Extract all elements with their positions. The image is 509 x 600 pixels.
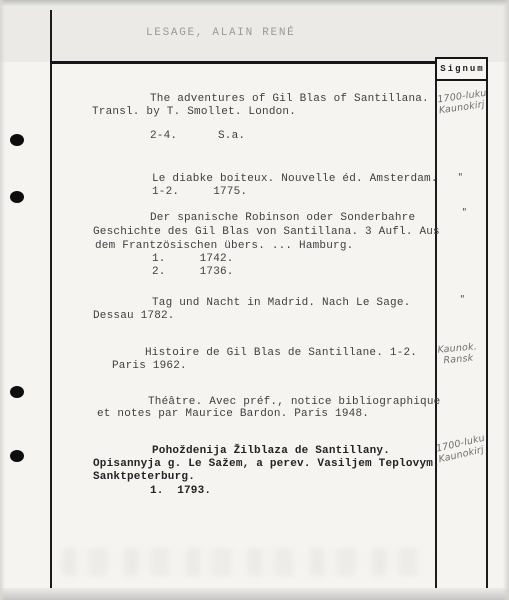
entry-volume-line: 2. 1736. xyxy=(152,266,234,279)
scan-edge-top xyxy=(0,0,509,6)
scan-edge-left xyxy=(0,0,5,600)
paper-main-area xyxy=(0,62,509,588)
entry-title-line: Pohoždenija Žilblaza de Santillany. xyxy=(152,445,390,458)
catalog-card-scan: LESAGE, ALAIN RENÉ Signum The adventures… xyxy=(0,0,509,600)
entry-title-line: Der spanische Robinson oder Sonderbahre xyxy=(150,212,415,225)
entry-continuation-line: Opisannyja g. Le Sažem, a perev. Vasilje… xyxy=(93,458,440,471)
signum-header-label: Signum xyxy=(438,64,484,74)
signum-ditto-mark: " xyxy=(458,172,463,183)
entry-continuation-line: Transl. by T. Smollet. London. xyxy=(92,106,296,119)
signum-ditto-mark: " xyxy=(460,294,465,305)
entry-continuation-line: et notes par Maurice Bardon. Paris 1948. xyxy=(97,408,369,421)
left-margin-rule xyxy=(50,10,52,600)
entry-title-line: Le diabke boiteux. Nouvelle éd. Amsterda… xyxy=(152,173,438,186)
signum-header-box: Signum xyxy=(435,57,488,81)
scan-edge-bottom xyxy=(0,588,509,600)
signum-column-right-border xyxy=(486,57,488,600)
entry-continuation-line: dem Frantzösischen übers. ... Hamburg. xyxy=(95,240,353,253)
entry-title-line: Tag und Nacht in Madrid. Nach Le Sage. xyxy=(152,297,410,310)
signum-column-left-border xyxy=(435,57,437,600)
punch-hole xyxy=(10,450,24,462)
entry-continuation-line: Dessau 1782. xyxy=(93,310,175,323)
signum-ditto-mark: " xyxy=(462,207,467,218)
entry-volume-line: 1. 1742. xyxy=(152,253,234,266)
bleed-through-smudge xyxy=(62,548,434,576)
entry-volume-line: 1-2. 1775. xyxy=(152,186,247,199)
entry-volume-line: 2-4. S.a. xyxy=(150,130,245,143)
punch-hole xyxy=(10,134,24,146)
punch-hole xyxy=(10,386,24,398)
entry-continuation-line: Geschichte des Gil Blas von Santillana. … xyxy=(93,226,440,239)
top-horizontal-rule xyxy=(50,61,488,64)
entry-title-line: Histoire de Gil Blas de Santillane. 1-2. xyxy=(145,347,417,360)
author-heading: LESAGE, ALAIN RENÉ xyxy=(146,27,295,39)
scan-edge-right xyxy=(503,0,509,600)
entry-volume-line: 1. 1793. xyxy=(150,485,211,498)
entry-title-line: The adventures of Gil Blas of Santillana… xyxy=(150,93,429,106)
punch-hole xyxy=(10,191,24,203)
entry-continuation-line: Paris 1962. xyxy=(112,360,187,373)
signum-handwritten-note: Kaunok. Ransk xyxy=(437,341,478,366)
entry-continuation-line: Sanktpeterburg. xyxy=(93,471,195,484)
